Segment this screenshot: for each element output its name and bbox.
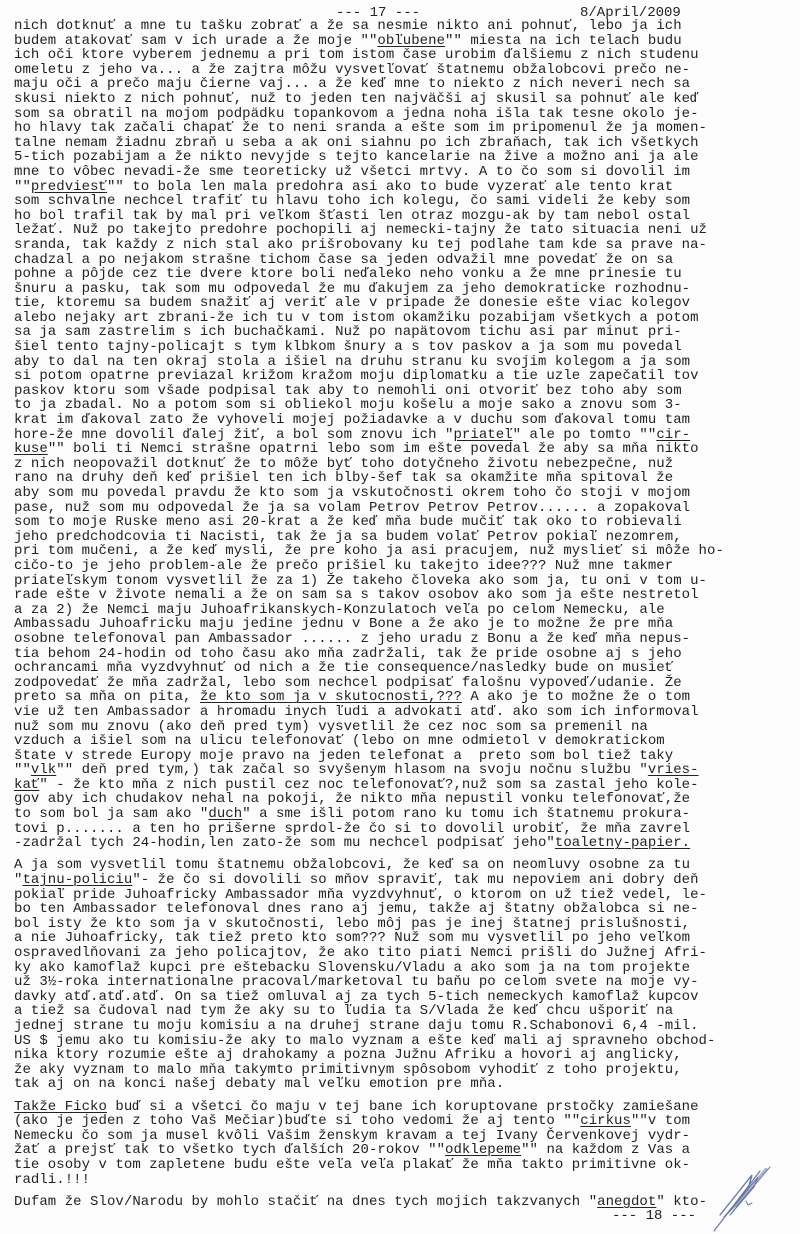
text-segment: talne nemam žiadnu zbraň u seba a ak oni… [14,135,699,151]
text-line: kuse"" boli ti Nemci strašne opatrni leb… [14,442,794,457]
text-line: ležať. Nuž po takejto predohre pochopili… [14,223,794,238]
text-segment: A ako je to možne že o tom [462,689,690,705]
text-line: krat im ďakoval zato že vyhoveli mojej p… [14,413,794,428]
text-line: už 3½-roka internationalne pracoval/mark… [14,975,794,990]
text-line: chadzal a po nejakom strašne tichom čase… [14,253,794,268]
text-line: jednej strane tu moju komisiu a na druhe… [14,1019,794,1034]
text-line: ich oči ktore vyberem jednemu a pri tom … [14,48,794,63]
text-segment: mne to vôbec nevadi-že sme teoreticky už… [14,164,690,180]
text-segment: -zadržal tych 24-hodin,len zato-že som m… [14,835,555,851]
text-segment: ležať. Nuž po takejto predohre pochopili… [14,222,707,238]
signature-icon [708,1165,778,1234]
text-line: rade ešte v živote nemali a že on sam sa… [14,588,794,603]
text-line: si potom opatrne previazal križom kražom… [14,369,794,384]
text-line: ""predviesť"" to bola len mala predohra … [14,180,794,195]
text-line: Ambassadu Juhoafricku maju jedine jednu … [14,617,794,632]
text-line: radli.!!! [14,1173,794,1188]
text-line: a tiež sa čudoval nad tym že aky su to ľ… [14,1004,794,1019]
text-segment: ochrancami mňa vyzdvyhnuť od nich a že t… [14,660,673,676]
text-line: kať" - že kto mňa z nich pustil cez noc … [14,778,794,793]
text-line: skusi niekto z nich pohnuť, nuž to jeden… [14,92,794,107]
text-line: sranda, tak každy z nich stal ako prišro… [14,238,794,253]
paragraph: A ja som vysvetlil tomu štatnemu obžalob… [14,858,794,1092]
underlined-phrase: vlk [31,762,56,778]
text-line: davky atď.atď.atď. On sa tiež omluval aj… [14,990,794,1005]
text-line: jeho predchodcovia ti Nacisti, tak že ja… [14,530,794,545]
text-segment: " a sme išli potom rano ku tomu ich štat… [242,806,690,822]
text-segment: žať a prejsť tak to všetko tych ďalších … [14,1142,445,1158]
text-line: mne to vôbec nevadi-že sme teoreticky už… [14,165,794,180]
underlined-phrase: duch [208,806,242,822]
text-segment: cičo-to je jeho problem-ale že prečo pri… [14,558,673,574]
text-line: nich dotknuť a mne tu tašku zobrať a že … [14,19,794,34]
text-segment: omeletu z jeho va... a že zajtra môžu vy… [14,62,690,78]
text-line: žať a prejsť tak to všetko tych ďalších … [14,1143,794,1158]
text-segment: Nemecku čo som ja musel kvôli Vašim žens… [14,1128,690,1144]
text-line: bol isty že kto som ja v skutočnosti, le… [14,917,794,932]
text-segment: pohne a pôjde cez tie dvere ktore boli n… [14,266,682,282]
letter-body: nich dotknuť a mne tu tašku zobrať a že … [14,19,794,1209]
document-page: --- 17 --- 8/April/2009 nich dotknuť a m… [0,0,800,1234]
text-segment: " ale po tomto "" [513,427,657,443]
text-segment: nich dotknuť a mne tu tašku zobrať a že … [14,18,682,34]
text-segment: ""v tom [631,1113,690,1129]
text-segment: šnuru a pasku, tak som mu odpovedal že m… [14,281,690,297]
text-segment: bo ten Ambassador telefonoval dnes rano … [14,901,699,917]
text-segment: buď si a všetci čo maju v tej bane ich k… [107,1099,699,1115]
text-line: aby som mu povedal pravdu že kto som ja … [14,486,794,501]
underlined-phrase: odklepeme [445,1142,521,1158]
text-line: ho bol trafil tak by mal pri veľkom šťas… [14,209,794,224]
text-line: štate v strede Europy moje pravo na jede… [14,749,794,764]
text-segment: tak aj on na konci našej debaty mal veľk… [14,1076,504,1092]
text-segment: nuž som mu znovu (ako deň pred tym) vysv… [14,719,648,735]
text-segment: sranda, tak každy z nich stal ako prišro… [14,237,707,253]
text-segment: tie, ktoremu sa budem snažiť aj veriť al… [14,295,690,311]
text-segment: A ja som vysvetlil tomu štatnemu obžalob… [14,857,690,873]
text-segment: davky atď.atď.atď. On sa tiež omluval aj… [14,989,699,1005]
text-line: US $ jemu ako tu komisiu-že aky to malo … [14,1034,794,1049]
underlined-phrase: obľubene [377,33,445,49]
text-segment: budem atakovať sam v ich urade a že moje… [14,33,377,49]
text-segment: sa ja sam zastrelim s ich buchačkami. Nu… [14,324,682,340]
underlined-phrase: tajnu-policiu [22,872,132,888]
text-line: pri tom mučeni, a že keď mysli, že pre k… [14,544,794,559]
text-line: rano na druhy deň keď prišiel ten ich bl… [14,471,794,486]
text-segment: 5-tich pozabijam a že nikto nevyjde s te… [14,149,699,165]
text-segment: priateľskym tonom vysvetlil že za 1) Že … [14,573,707,589]
text-line: Nemecku čo som ja musel kvôli Vašim žens… [14,1129,794,1144]
underlined-phrase: toaletny-papier. [555,835,690,851]
text-line: ochrancami mňa vyzdvyhnuť od nich a že t… [14,661,794,676]
text-segment: bol isty že kto som ja v skutočnosti, le… [14,916,690,932]
text-line: to ja zbadal. No a potom som si obliekol… [14,398,794,413]
text-line: ho hlavy tak začali chapať že to neni sr… [14,121,794,136]
underlined-phrase: cir- [656,427,690,443]
text-line: gov aby ich chudakov nehal na pokoji, že… [14,792,794,807]
text-segment: z nich neopovažil dotknuť že to môže byť… [14,456,673,472]
text-segment: vie už ten Ambassador a hromadu inych ľu… [14,704,699,720]
text-segment: som to moje Ruske meno asi 20-krat a že … [14,514,682,530]
text-segment: alebo nejaky art zbrani-že ich tu v tom … [14,310,699,326]
text-segment: pase, nuž som mu odpovedal že ja sa vola… [14,500,690,516]
text-segment: rade ešte v živote nemali a že on sam sa… [14,587,699,603]
text-segment: "" miesta na ich telach budu [445,33,682,49]
text-line: a nie Juhoafricky, tak tiež preto kto so… [14,931,794,946]
text-segment: ho bol trafil tak by mal pri veľkom šťas… [14,208,690,224]
text-line: som sa obratil na mojom podpädku topanko… [14,107,794,122]
text-line: priateľskym tonom vysvetlil že za 1) Že … [14,574,794,589]
text-line: budem atakovať sam v ich urade a že moje… [14,34,794,49]
text-segment: tie osoby v tom zapletene budu ešte veľa… [14,1157,690,1173]
text-line: cičo-to je jeho problem-ale že prečo pri… [14,559,794,574]
text-segment: šiel tento tajny-policajt s tym klbkom š… [14,339,682,355]
text-line: 5-tich pozabijam a že nikto nevyjde s te… [14,150,794,165]
text-segment: "" deň pred tym,) tak začal so svyšenym … [56,762,648,778]
text-segment: pokiaľ pride Juhoafricky Ambassador mňa … [14,887,707,903]
text-segment: ky ako kamoflaž kupci pre eštebacku Slov… [14,960,690,976]
text-segment: pri tom mučeni, a že keď mysli, že pre k… [14,543,724,559]
text-segment: štate v strede Europy moje pravo na jede… [14,748,673,764]
text-segment: ho hlavy tak začali chapať že to neni sr… [14,120,707,136]
text-line: tia behom 24-hodin od toho času ako mňa … [14,647,794,662]
underlined-phrase: Takže Ficko [14,1099,107,1115]
text-segment: a za 2) že Nemci maju Juhoafrikanskych-K… [14,602,665,618]
paragraph: Takže Ficko buď si a všetci čo maju v te… [14,1100,794,1188]
text-line: sa ja sam zastrelim s ich buchačkami. Nu… [14,325,794,340]
text-line: preto sa mňa on pita, že kto som ja v sk… [14,690,794,705]
text-line: maju oči a prečo maju čierne vaj... a že… [14,77,794,92]
text-line: šnuru a pasku, tak som mu odpovedal že m… [14,282,794,297]
underlined-phrase: že kto som ja v skutocnosti,??? [200,689,462,705]
page-number-footer: --- 18 --- [612,1208,696,1224]
text-line: osobne telefonoval pan Ambassador ......… [14,632,794,647]
text-line: som to moje Ruske meno asi 20-krat a že … [14,515,794,530]
underlined-phrase: vries- [648,762,699,778]
paragraph: nich dotknuť a mne tu tašku zobrať a že … [14,19,794,851]
text-line: nuž som mu znovu (ako deň pred tym) vysv… [14,720,794,735]
text-line: a za 2) že Nemci maju Juhoafrikanskych-K… [14,603,794,618]
text-line: (ako je jeden z toho Vaš Mečiar)buďte si… [14,1114,794,1129]
text-segment: jeho predchodcovia ti Nacisti, tak že ja… [14,529,682,545]
text-segment: to som bol ja sam ako " [14,806,208,822]
text-segment: "" [14,762,31,778]
text-segment: som schvalne nechcel trafiť tu hlavu toh… [14,193,690,209]
text-segment: aby som mu povedal pravdu že kto som ja … [14,485,690,501]
text-segment: "" na každom z Vas a [521,1142,690,1158]
text-line: ky ako kamoflaž kupci pre eštebacku Slov… [14,961,794,976]
text-segment: radli.!!! [14,1172,90,1188]
text-line: pase, nuž som mu odpovedal že ja sa vola… [14,501,794,516]
text-segment: paskov ktoru som všade podpisal tak aby … [14,383,682,399]
text-line: že aky vyznam to malo mňa takymto primit… [14,1063,794,1078]
text-line: A ja som vysvetlil tomu štatnemu obžalob… [14,858,794,873]
text-segment: "" to bola len mala predohra asi ako to … [107,179,673,195]
text-line: to som bol ja sam ako "duch" a sme išli … [14,807,794,822]
text-segment: a nie Juhoafricky, tak tiež preto kto so… [14,930,690,946]
text-segment: a tiež sa čudoval nad tym že aky su to ľ… [14,1003,673,1019]
text-segment: (ako je jeden z toho Vaš Mečiar)buďte si… [14,1113,580,1129]
text-line: ""vlk"" deň pred tym,) tak začal so svyš… [14,763,794,778]
text-segment: hore-že mne dovolil ďalej žiť, a bol som… [14,427,453,443]
text-line: tovi p....... a ten ho prišerne sprdol-ž… [14,822,794,837]
text-segment: tia behom 24-hodin od toho času ako mňa … [14,646,682,662]
underlined-phrase: kať [14,777,39,793]
underlined-phrase: priateľ [453,427,512,443]
text-line: nika ktory rozumie ešte aj drahokamy a p… [14,1048,794,1063]
text-line: som schvalne nechcel trafiť tu hlavu toh… [14,194,794,209]
text-segment: že aky vyznam to malo mňa takymto primit… [14,1062,682,1078]
text-segment: si potom opatrne previazal križom kražom… [14,368,699,384]
text-segment: ospravedlňovani za jeho policajtov, že a… [14,945,707,961]
text-line: Takže Ficko buď si a všetci čo maju v te… [14,1100,794,1115]
text-line: tie, ktoremu sa budem snažiť aj veriť al… [14,296,794,311]
text-segment: Dufam že Slov/Narodu by mohlo stačiť na … [14,1194,597,1210]
text-segment: krat im ďakoval zato že vyhoveli mojej p… [14,412,690,428]
text-segment: ich oči ktore vyberem jednemu a pri tom … [14,47,699,63]
text-line: pohne a pôjde cez tie dvere ktore boli n… [14,267,794,282]
text-segment: "" [14,179,31,195]
text-segment: chadzal a po nejakom strašne tichom čase… [14,252,673,268]
text-line: vzduch a išiel som na ulicu telefonovať … [14,734,794,749]
text-segment: maju oči a prečo maju čierne vaj... a že… [14,76,690,92]
text-segment: preto sa mňa on pita, [14,689,200,705]
text-line: tak aj on na konci našej debaty mal veľk… [14,1077,794,1092]
text-segment: US $ jemu ako tu komisiu-že aky to malo … [14,1033,715,1049]
text-segment: "- že čo si dovolili so mňov spraviť, ta… [132,872,698,888]
text-line: pokiaľ pride Juhoafricky Ambassador mňa … [14,888,794,903]
underlined-phrase: predviesť [31,179,107,195]
text-line: "tajnu-policiu"- že čo si dovolili so mň… [14,873,794,888]
text-segment: zodpovedať že mňa zadržal, lebo som nech… [14,675,682,691]
text-segment: osobne telefonoval pan Ambassador ......… [14,631,690,647]
text-line: talne nemam žiadnu zbraň u seba a ak oni… [14,136,794,151]
text-segment: rano na druhy deň keď prišiel ten ich bl… [14,470,673,486]
text-line: zodpovedať že mňa zadržal, lebo som nech… [14,676,794,691]
text-line: ospravedlňovani za jeho policajtov, že a… [14,946,794,961]
text-line: bo ten Ambassador telefonoval dnes rano … [14,902,794,917]
text-segment: vzduch a išiel som na ulicu telefonovať … [14,733,665,749]
text-segment: už 3½-roka internationalne pracoval/mark… [14,974,699,990]
text-segment: "" boli ti Nemci strašne opatrni lebo so… [48,441,699,457]
text-line: hore-že mne dovolil ďalej žiť, a bol som… [14,428,794,443]
text-line: omeletu z jeho va... a že zajtra môžu vy… [14,63,794,78]
underlined-phrase: cirkus [580,1113,631,1129]
text-line: -zadržal tych 24-hodin,len zato-že som m… [14,836,794,851]
text-line: aby to dal na ten okraj stola a išiel na… [14,355,794,370]
text-line: alebo nejaky art zbrani-že ich tu v tom … [14,311,794,326]
text-line: z nich neopovažil dotknuť že to môže byť… [14,457,794,472]
text-segment: to ja zbadal. No a potom som si obliekol… [14,397,682,413]
underlined-phrase: kuse [14,441,48,457]
text-line: šiel tento tajny-policajt s tym klbkom š… [14,340,794,355]
text-segment: aby to dal na ten okraj stola a išiel na… [14,354,690,370]
text-segment: gov aby ich chudakov nehal na pokoji, že… [14,791,690,807]
text-segment: Ambassadu Juhoafricku maju jedine jednu … [14,616,673,632]
text-line: tie osoby v tom zapletene budu ešte veľa… [14,1158,794,1173]
text-segment: " - že kto mňa z nich pustil cez noc tel… [39,777,698,793]
text-segment: tovi p....... a ten ho prišerne sprdol-ž… [14,821,690,837]
text-segment: nika ktory rozumie ešte aj drahokamy a p… [14,1047,682,1063]
text-line: vie už ten Ambassador a hromadu inych ľu… [14,705,794,720]
text-line: paskov ktoru som všade podpisal tak aby … [14,384,794,399]
text-segment: jednej strane tu moju komisiu a na druhe… [14,1018,699,1034]
text-segment: som sa obratil na mojom podpädku topanko… [14,106,699,122]
text-segment: skusi niekto z nich pohnuť, nuž to jeden… [14,91,699,107]
